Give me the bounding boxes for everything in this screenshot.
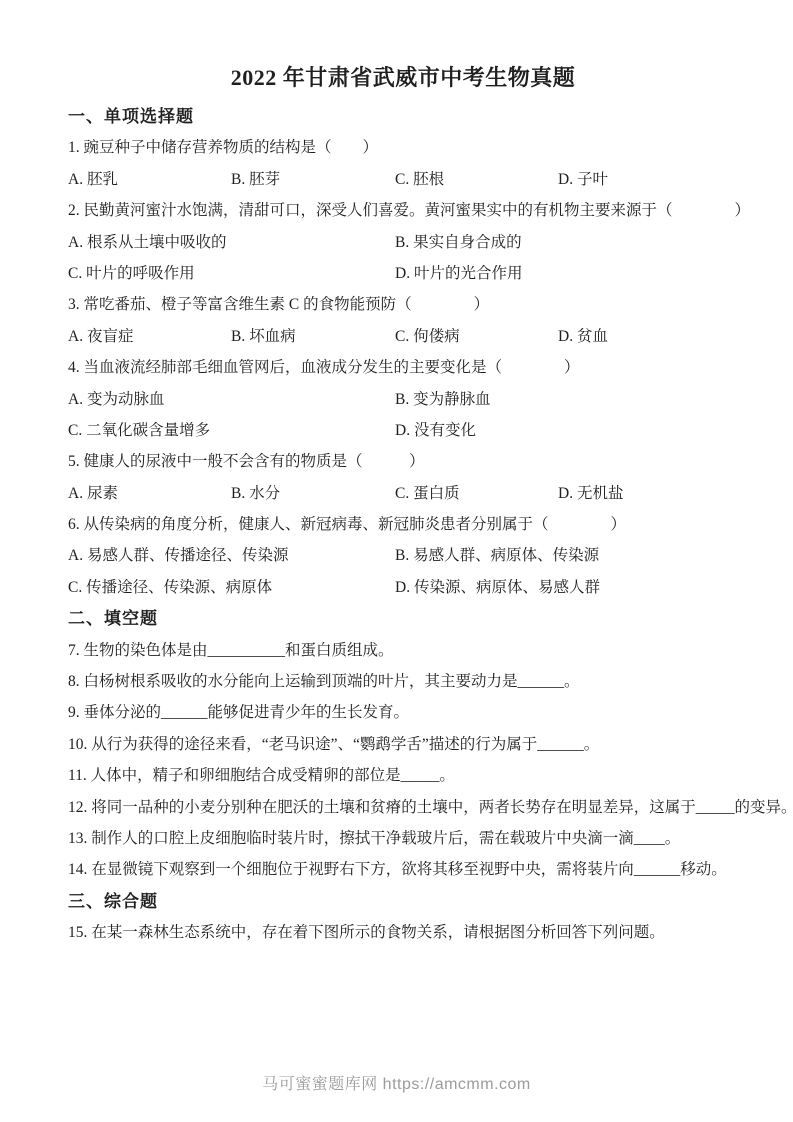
question-4-option-b: B. 变为静脉血 bbox=[395, 384, 738, 415]
question-1-option-a: A. 胚乳 bbox=[68, 164, 231, 195]
question-4-options-ab: A. 变为动脉血 B. 变为静脉血 bbox=[68, 384, 738, 415]
question-10-text: 10. 从行为获得的途径来看，“老马识途”、“鹦鹉学舌”描述的行为属于_____… bbox=[68, 729, 738, 760]
site-watermark: 马可蜜蜜题库网 https://amcmm.com bbox=[0, 1071, 793, 1094]
question-6-text: 6. 从传染病的角度分析，健康人、新冠病毒、新冠肺炎患者分别属于（ ） bbox=[68, 509, 738, 540]
question-1-option-c: C. 胚根 bbox=[395, 164, 558, 195]
section-heading-fill-blank: 二、填空题 bbox=[68, 603, 738, 634]
question-5-option-b: B. 水分 bbox=[231, 478, 395, 509]
question-4-text: 4. 当血液流经肺部毛细血管网后，血液成分发生的主要变化是（ ） bbox=[68, 352, 738, 383]
question-6-option-d: D. 传染源、病原体、易感人群 bbox=[395, 572, 738, 603]
question-3-option-d: D. 贫血 bbox=[558, 321, 738, 352]
question-3-text: 3. 常吃番茄、橙子等富含维生素 C 的食物能预防（ ） bbox=[68, 289, 738, 320]
question-2-option-c: C. 叶片的呼吸作用 bbox=[68, 258, 395, 289]
question-15-text: 15. 在某一森林生态系统中，存在着下图所示的食物关系，请根据图分析回答下列问题… bbox=[68, 917, 738, 948]
question-6-option-a: A. 易感人群、传播途径、传染源 bbox=[68, 540, 395, 571]
question-2-option-d: D. 叶片的光合作用 bbox=[395, 258, 738, 289]
question-1-option-b: B. 胚芽 bbox=[231, 164, 395, 195]
question-2-option-a: A. 根系从土壤中吸收的 bbox=[68, 227, 395, 258]
question-5-options: A. 尿素 B. 水分 C. 蛋白质 D. 无机盐 bbox=[68, 478, 738, 509]
question-2-text: 2. 民勤黄河蜜汁水饱满，清甜可口，深受人们喜爱。黄河蜜果实中的有机物主要来源于… bbox=[68, 195, 738, 226]
question-2-option-b: B. 果实自身合成的 bbox=[395, 227, 738, 258]
question-2-options-ab: A. 根系从土壤中吸收的 B. 果实自身合成的 bbox=[68, 227, 738, 258]
question-13-text: 13. 制作人的口腔上皮细胞临时装片时，擦拭干净载玻片后，需在载玻片中央滴一滴_… bbox=[68, 823, 738, 854]
question-3-option-a: A. 夜盲症 bbox=[68, 321, 231, 352]
question-5-option-d: D. 无机盐 bbox=[558, 478, 738, 509]
question-4-option-d: D. 没有变化 bbox=[395, 415, 738, 446]
question-1-options: A. 胚乳 B. 胚芽 C. 胚根 D. 子叶 bbox=[68, 164, 738, 195]
section-heading-comprehensive: 三、综合题 bbox=[68, 886, 738, 917]
question-3-options: A. 夜盲症 B. 坏血病 C. 佝偻病 D. 贫血 bbox=[68, 321, 738, 352]
question-14-text: 14. 在显微镜下观察到一个细胞位于视野右下方，欲将其移至视野中央，需将装片向_… bbox=[68, 854, 738, 885]
question-3-option-c: C. 佝偻病 bbox=[395, 321, 558, 352]
question-2-options-cd: C. 叶片的呼吸作用 D. 叶片的光合作用 bbox=[68, 258, 738, 289]
question-3-option-b: B. 坏血病 bbox=[231, 321, 395, 352]
question-8-text: 8. 白杨树根系吸收的水分能向上运输到顶端的叶片，其主要动力是______。 bbox=[68, 666, 738, 697]
exam-document-page: 2022 年甘肃省武威市中考生物真题 一、单项选择题 1. 豌豆种子中储存营养物… bbox=[0, 0, 793, 1122]
question-5-text: 5. 健康人的尿液中一般不会含有的物质是（ ） bbox=[68, 446, 738, 477]
page-title: 2022 年甘肃省武威市中考生物真题 bbox=[68, 64, 738, 92]
question-4-options-cd: C. 二氧化碳含量增多 D. 没有变化 bbox=[68, 415, 738, 446]
question-12-text: 12. 将同一品种的小麦分别种在肥沃的土壤和贫瘠的土壤中，两者长势存在明显差异，… bbox=[68, 792, 738, 823]
question-1-text: 1. 豌豆种子中储存营养物质的结构是（ ） bbox=[68, 132, 738, 163]
question-5-option-a: A. 尿素 bbox=[68, 478, 231, 509]
question-11-text: 11. 人体中，精子和卵细胞结合成受精卵的部位是_____。 bbox=[68, 760, 738, 791]
document-content: 2022 年甘肃省武威市中考生物真题 一、单项选择题 1. 豌豆种子中储存营养物… bbox=[0, 0, 793, 949]
section-heading-multiple-choice: 一、单项选择题 bbox=[68, 101, 738, 132]
question-6-options-cd: C. 传播途径、传染源、病原体 D. 传染源、病原体、易感人群 bbox=[68, 572, 738, 603]
question-1-option-d: D. 子叶 bbox=[558, 164, 738, 195]
question-6-option-b: B. 易感人群、病原体、传染源 bbox=[395, 540, 738, 571]
question-6-option-c: C. 传播途径、传染源、病原体 bbox=[68, 572, 395, 603]
question-9-text: 9. 垂体分泌的______能够促进青少年的生长发育。 bbox=[68, 697, 738, 728]
question-7-text: 7. 生物的染色体是由__________和蛋白质组成。 bbox=[68, 635, 738, 666]
question-6-options-ab: A. 易感人群、传播途径、传染源 B. 易感人群、病原体、传染源 bbox=[68, 540, 738, 571]
question-4-option-c: C. 二氧化碳含量增多 bbox=[68, 415, 395, 446]
question-5-option-c: C. 蛋白质 bbox=[395, 478, 558, 509]
question-4-option-a: A. 变为动脉血 bbox=[68, 384, 395, 415]
